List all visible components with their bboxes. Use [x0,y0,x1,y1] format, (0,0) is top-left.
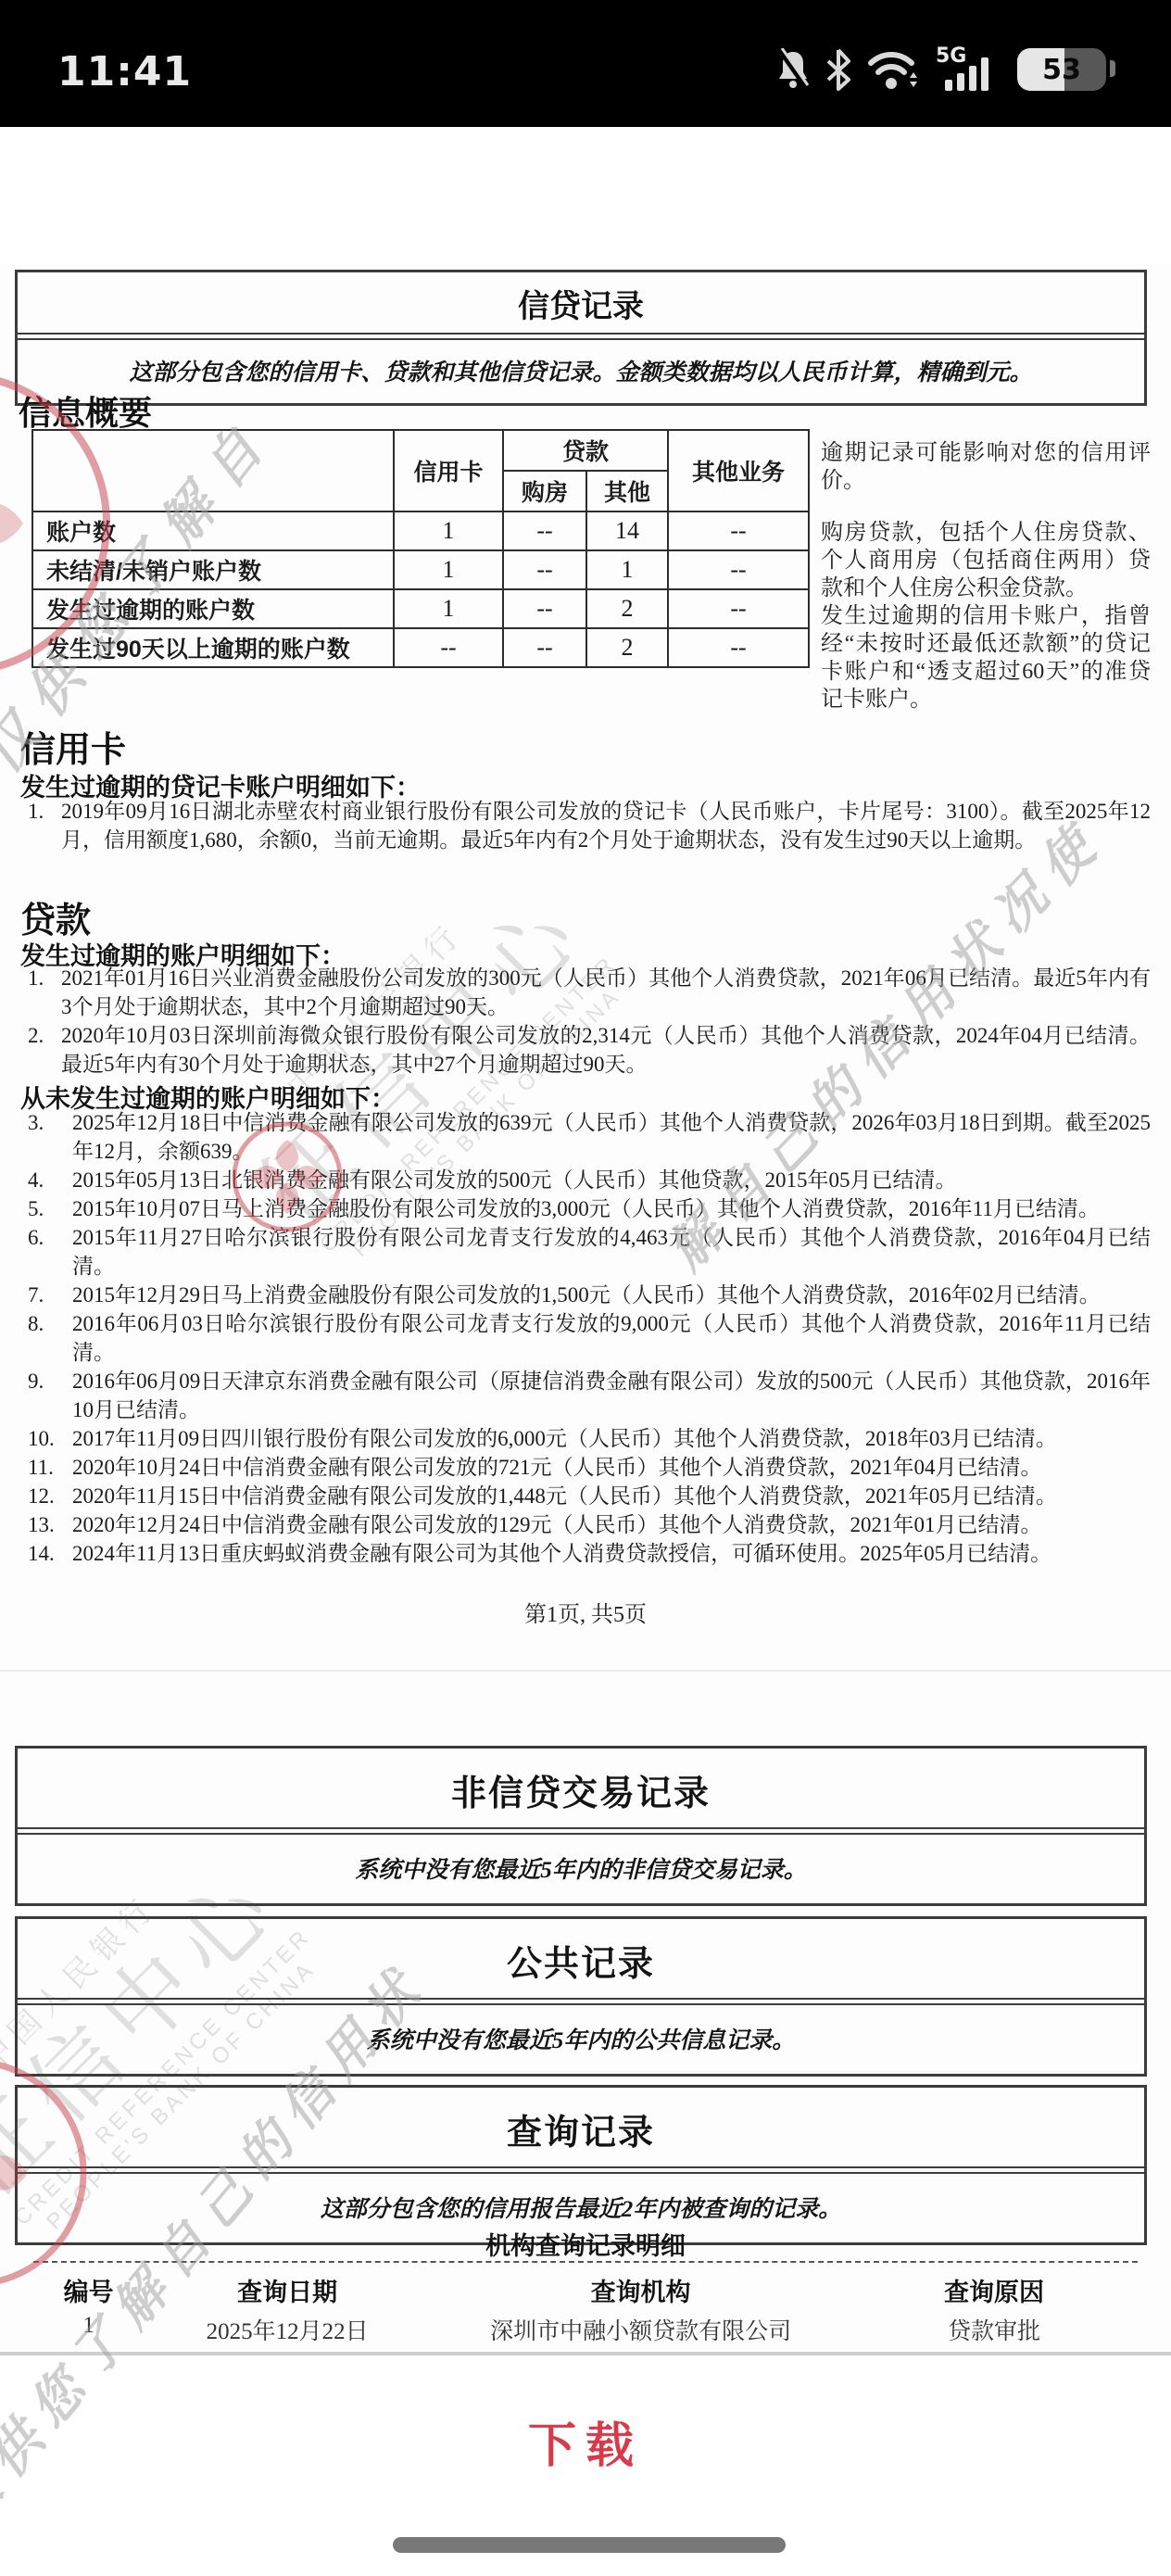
list-item: 2. 2020年10月03日深圳前海微众银行股份有限公司发放的2,314元（人民… [28,1021,1151,1079]
list-item: 3.2025年12月18日中信消费金融有限公司发放的639元（人民币）其他个人消… [28,1108,1151,1166]
list-item: 8.2016年06月03日哈尔滨银行股份有限公司龙青支行发放的9,000元（人民… [28,1309,1151,1367]
query-table-title: 机构查询记录明细 [0,2226,1171,2262]
table-row: 发生过逾期的账户数 1 -- 2 -- [32,589,809,628]
report-bottom-edge [0,2352,1171,2355]
summary-corner-cell [32,430,394,511]
table-row: 账户数 1 -- 14 -- [32,511,809,550]
list-item: 7.2015年12月29日马上消费金融股份有限公司发放的1,500元（人民币）其… [28,1281,1151,1309]
wifi-icon [867,48,919,91]
page-separator [0,1670,1171,1672]
list-item: 13.2020年12月24日中信消费金融有限公司发放的129元（人民币）其他个人… [28,1510,1151,1539]
summary-heading: 信息概要 [19,387,152,435]
col-reason: 查询原因 [850,2272,1138,2308]
note-house-loan: 购房贷款，包括个人住房贷款、个人商用房（包括商住两用）贷款和个人住房公积金贷款。 [821,519,1151,602]
bluetooth-icon [826,48,850,91]
section-desc: 系统中没有您最近5年内的公共信息记录。 [18,2005,1144,2074]
list-item: 1. 2019年09月16日湖北赤壁农村商业银行股份有限公司发放的贷记卡（人民币… [28,797,1151,854]
loans-overdue-list: 1. 2021年01月16日兴业消费金融股份公司发放的300元（人民币）其他个人… [28,964,1151,1079]
app-header: 个人信用报告 [0,127,1171,264]
col-date: 查询日期 [144,2272,431,2308]
page-number: 第1页, 共5页 [0,1596,1171,1628]
list-item: 1. 2021年01月16日兴业消费金融股份公司发放的300元（人民币）其他个人… [28,964,1151,1021]
col-credit-card: 信用卡 [394,430,503,511]
note-overdue: 逾期记录可能影响对您的信用评价。 [821,439,1151,495]
credit-record-section-box: 信贷记录 这部分包含您的信用卡、贷款和其他信贷记录。金额类数据均以人民币计算，精… [15,270,1147,406]
table-row: 发生过90天以上逾期的账户数 -- -- 2 -- [32,628,809,667]
query-table-header: 编号 查询日期 查询机构 查询原因 [33,2272,1138,2308]
col-other: 其他 [586,471,668,511]
list-item: 4.2015年05月13日北银消费金融有限公司发放的500元（人民币）其他贷款，… [28,1166,1151,1194]
section-title: 查询记录 [18,2088,1144,2168]
section-desc: 这部分包含您的信用卡、贷款和其他信贷记录。金额类数据均以人民币计算，精确到元。 [18,340,1144,403]
list-item: 14.2024年11月13日重庆蚂蚁消费金融有限公司为其他个人消费贷款授信，可循… [28,1539,1151,1568]
battery-percent: 53 [1042,54,1081,86]
download-button[interactable]: 下载 [0,2406,1171,2477]
battery-nub [1110,60,1115,77]
home-indicator[interactable] [393,2537,786,2553]
query-table-row: 1 2025年12月22日 深圳市中融小额贷款有限公司 贷款审批 [33,2313,1138,2346]
status-bar: 11:41 5G [0,0,1171,127]
section-title: 公共记录 [18,1919,1144,2000]
battery-icon: 53 [1017,48,1106,91]
signal-5g-icon: 5G [936,46,1001,91]
public-record-section-box: 公共记录 系统中没有您最近5年内的公共信息记录。 [15,1916,1147,2077]
list-item: 12.2020年11月15日中信消费金融有限公司发放的1,448元（人民币）其他… [28,1482,1151,1510]
loans-heading: 贷款 [20,891,91,942]
col-no: 编号 [33,2272,144,2308]
non-credit-section-box: 非信贷交易记录 系统中没有您最近5年内的非信贷交易记录。 [15,1746,1147,1906]
clock: 11:41 [57,48,192,95]
col-other-biz: 其他业务 [668,430,809,511]
section-desc: 系统中没有您最近5年内的非信贷交易记录。 [18,1835,1144,1903]
col-org: 查询机构 [431,2272,850,2308]
section-title: 信贷记录 [18,272,1144,335]
col-house: 购房 [503,471,586,511]
query-record-section-box: 查询记录 这部分包含您的信用报告最近2年内被查询的记录。 [15,2085,1147,2245]
section-title: 非信贷交易记录 [18,1749,1144,1829]
list-item: 5.2015年10月07日马上消费金融股份有限公司发放的3,000元（人民币）其… [28,1194,1151,1223]
summary-table: 信用卡 贷款 其他业务 购房 其他 账户数 1 -- 14 -- 未结清/未销户… [31,429,810,668]
list-item: 6.2015年11月27日哈尔滨银行股份有限公司龙青支行发放的4,463元（人民… [28,1223,1151,1281]
note-overdue-card: 发生过逾期的信用卡账户，指曾经“未按时还最低还款额”的贷记卡账户和“透支超过60… [821,602,1151,713]
credit-card-heading: 信用卡 [20,721,126,772]
list-item: 11.2020年10月24日中信消费金融有限公司发放的721元（人民币）其他个人… [28,1453,1151,1482]
col-loan: 贷款 [503,430,668,471]
list-item: 9.2016年06月09日天津京东消费金融有限公司（原捷信消费金融有限公司）发放… [28,1367,1151,1424]
notification-muted-icon [776,48,810,91]
loans-never-overdue-list: 3.2025年12月18日中信消费金融有限公司发放的639元（人民币）其他个人消… [28,1108,1151,1568]
list-item: 10.2017年11月09日四川银行股份有限公司发放的6,000元（人民币）其他… [28,1424,1151,1453]
credit-card-item-list: 1. 2019年09月16日湖北赤壁农村商业银行股份有限公司发放的贷记卡（人民币… [28,797,1151,854]
dashed-divider [33,2261,1138,2263]
table-row: 未结清/未销户账户数 1 -- 1 -- [32,550,809,589]
